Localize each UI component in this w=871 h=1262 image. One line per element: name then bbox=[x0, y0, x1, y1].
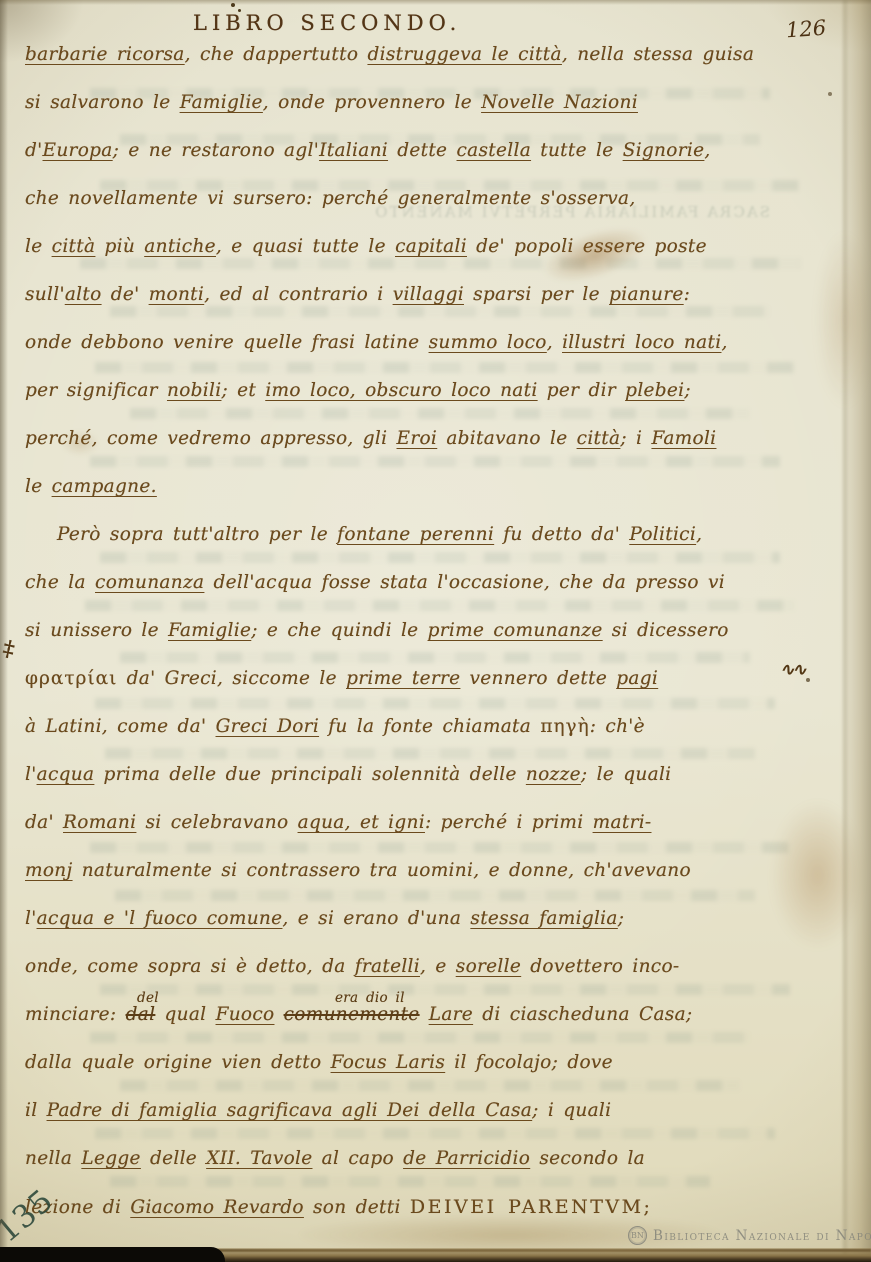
text-segment: fu la fonte chiamata bbox=[319, 716, 540, 737]
text-segment: DEIVEI PARENTVM; bbox=[410, 1196, 653, 1218]
struck-word: dal bbox=[126, 1004, 156, 1025]
page-edge-top bbox=[0, 0, 871, 5]
ink-speck bbox=[828, 92, 832, 96]
text-segment: perché, come vedremo appresso, gli bbox=[25, 428, 397, 449]
text-segment: sparsi per le bbox=[464, 284, 609, 305]
interlinear-insertion: del bbox=[137, 990, 159, 1006]
underlined-word: XII. Tavole bbox=[206, 1148, 312, 1169]
text-segment: si unissero le bbox=[25, 620, 168, 641]
underlined-word: città bbox=[52, 236, 96, 257]
underlined-word: villaggi bbox=[393, 284, 464, 305]
underlined-word: comunanza bbox=[95, 572, 204, 593]
text-segment: , bbox=[547, 332, 562, 353]
underlined-word: città bbox=[577, 428, 621, 449]
manuscript-page: SACRA FAMILIARIA PERPETVI MANENTO LIBRO … bbox=[0, 0, 871, 1262]
text-segment: , e bbox=[420, 956, 456, 977]
underlined-word: Eroi bbox=[397, 428, 438, 449]
underlined-word: Fuoco bbox=[216, 1004, 275, 1025]
text-segment: de' bbox=[102, 284, 149, 305]
underlined-word: Romani bbox=[63, 812, 136, 833]
underlined-word: distruggeva le città bbox=[367, 44, 561, 65]
text-segment: prima delle due principali solennità del… bbox=[94, 764, 526, 785]
manuscript-line: nella Legge delle XII. Tavole al capo de… bbox=[25, 1148, 830, 1196]
underlined-word: Legge bbox=[81, 1148, 140, 1169]
text-segment: , bbox=[721, 332, 727, 353]
text-segment: : ch'è bbox=[590, 716, 645, 737]
text-segment: ; i quali bbox=[532, 1100, 611, 1121]
scan-shadow-corner bbox=[0, 1247, 225, 1262]
underlined-word: stessa famiglia bbox=[470, 908, 617, 929]
manuscript-line: che la comunanza dell'acqua fosse stata … bbox=[25, 572, 830, 620]
text-segment: ; e che quindi le bbox=[251, 620, 427, 641]
text-segment: à Latini, come da' bbox=[25, 716, 216, 737]
text-segment: ; le quali bbox=[581, 764, 671, 785]
underlined-word: Greci Dori bbox=[216, 716, 319, 737]
text-segment bbox=[274, 1004, 283, 1025]
manuscript-line: per significar nobili; et imo loco, obsc… bbox=[25, 380, 830, 428]
text-segment: ; bbox=[684, 380, 691, 401]
underlined-word: Italiani bbox=[319, 140, 388, 161]
manuscript-line: d'Europa; e ne restarono agl'Italiani de… bbox=[25, 140, 830, 188]
text-segment: l' bbox=[25, 908, 37, 929]
underlined-word: capitali bbox=[395, 236, 467, 257]
text-segment: onde debbono venire quelle frasi latine bbox=[25, 332, 429, 353]
text-segment: dell'acqua fosse stata l'occasione, che … bbox=[204, 572, 725, 593]
underlined-word: castella bbox=[457, 140, 532, 161]
text-segment: le bbox=[25, 236, 52, 257]
text-segment: vennero dette bbox=[460, 668, 616, 689]
library-name: Biblioteca Nazionale di Napoli bbox=[653, 1228, 871, 1244]
ink-speck bbox=[806, 678, 810, 682]
underlined-word: Famiglie bbox=[180, 92, 263, 113]
page-title: LIBRO SECONDO. bbox=[193, 11, 461, 35]
underlined-word: imo loco, obscuro loco nati bbox=[265, 380, 537, 401]
text-segment: il bbox=[25, 1100, 47, 1121]
text-segment bbox=[420, 1004, 429, 1025]
manuscript-line: si salvarono le Famiglie, onde provenner… bbox=[25, 92, 830, 140]
underlined-word: fratelli bbox=[355, 956, 420, 977]
underlined-word: prime comunanze bbox=[428, 620, 603, 641]
text-segment: delle bbox=[141, 1148, 206, 1169]
manuscript-line: il Padre di famiglia sagrificava agli De… bbox=[25, 1100, 830, 1148]
text-segment: le bbox=[25, 476, 52, 497]
text-segment: di ciascheduna Casa; bbox=[473, 1004, 692, 1025]
manuscript-line: le città più antiche, e quasi tutte le c… bbox=[25, 236, 830, 284]
underlined-word: Padre di famiglia sagrificava agli bbox=[47, 1100, 387, 1121]
underlined-word: alto bbox=[65, 284, 102, 305]
underlined-word: Politici bbox=[629, 524, 696, 545]
text-segment: che la bbox=[25, 572, 95, 593]
underlined-word: pagi bbox=[616, 668, 658, 689]
text-segment: per significar bbox=[25, 380, 167, 401]
underlined-word: nozze bbox=[526, 764, 581, 785]
text-segment: si celebravano bbox=[136, 812, 297, 833]
text-segment: dovettero inco- bbox=[521, 956, 679, 977]
underlined-word: acqua e 'l fuoco comune bbox=[37, 908, 283, 929]
margin-scribble: ∿∿ bbox=[780, 660, 805, 680]
text-segment: φρατρίαι bbox=[25, 668, 117, 689]
folio-number: 126 bbox=[785, 16, 827, 43]
underlined-word: nobili bbox=[167, 380, 221, 401]
text-segment: onde, come sopra si è detto, da bbox=[25, 956, 355, 977]
manuscript-line: l'acqua e 'l fuoco comune, e si erano d'… bbox=[25, 908, 830, 956]
text-segment: da' Greci, siccome le bbox=[117, 668, 346, 689]
text-segment: : perché i primi bbox=[425, 812, 593, 833]
manuscript-line: da' Romani si celebravano aqua, et igni:… bbox=[25, 812, 830, 860]
library-watermark: BN Biblioteca Nazionale di Napoli bbox=[628, 1226, 871, 1245]
underlined-word: monti bbox=[149, 284, 204, 305]
text-segment: d' bbox=[25, 140, 43, 161]
manuscript-line: le campagne. bbox=[25, 476, 830, 524]
text-segment: ; et bbox=[221, 380, 265, 401]
text-segment: l' bbox=[25, 764, 37, 785]
text-segment: de' popoli essere poste bbox=[467, 236, 707, 257]
text-segment: dalla quale origine vien detto bbox=[25, 1052, 331, 1073]
text-segment: tutte le bbox=[531, 140, 623, 161]
text-segment: Però sopra tutt'altro per le bbox=[57, 524, 337, 545]
text-segment: ; i bbox=[620, 428, 651, 449]
text-segment: si dicessero bbox=[603, 620, 729, 641]
text-segment: al capo bbox=[312, 1148, 403, 1169]
manuscript-line: minciare: dal qual Fuoco comunemente Lar… bbox=[25, 1004, 830, 1052]
underlined-word: aqua, et igni bbox=[298, 812, 425, 833]
manuscript-line: onde debbono venire quelle frasi latine … bbox=[25, 332, 830, 380]
interlinear-insertion: era dio il bbox=[335, 990, 405, 1006]
underlined-word: de Parricidio bbox=[403, 1148, 530, 1169]
page-edge-left bbox=[0, 0, 8, 1262]
text-segment: secondo la bbox=[530, 1148, 645, 1169]
manuscript-line: che novellamente vi sursero: perché gene… bbox=[25, 188, 830, 236]
manuscript-line: Però sopra tutt'altro per le fontane per… bbox=[25, 524, 830, 572]
manuscript-line: perché, come vedremo appresso, gli Eroi … bbox=[25, 428, 830, 476]
underlined-word: prime terre bbox=[346, 668, 460, 689]
text-segment: nella bbox=[25, 1148, 81, 1169]
manuscript-text: barbarie ricorsa, che dappertutto distru… bbox=[25, 44, 830, 1244]
manuscript-line: à Latini, come da' Greci Dori fu la font… bbox=[25, 716, 830, 764]
text-segment: , che dappertutto bbox=[185, 44, 368, 65]
text-segment: naturalmente si contrassero tra uomini, … bbox=[73, 860, 691, 881]
text-segment: πηγὴ bbox=[540, 716, 589, 737]
underlined-word: campagne. bbox=[52, 476, 157, 497]
underlined-word: monj bbox=[25, 860, 73, 881]
text-segment: , bbox=[704, 140, 710, 161]
text-segment: si salvarono le bbox=[25, 92, 180, 113]
text-segment: , nella stessa guisa bbox=[562, 44, 754, 65]
underlined-word: matri- bbox=[593, 812, 652, 833]
manuscript-line: si unissero le Famiglie; e che quindi le… bbox=[25, 620, 830, 668]
underlined-word: sorelle bbox=[456, 956, 521, 977]
manuscript-line: sull'alto de' monti, ed al contrario i v… bbox=[25, 284, 830, 332]
text-segment: abitavano le bbox=[437, 428, 577, 449]
manuscript-line: l'acqua prima delle due principali solen… bbox=[25, 764, 830, 812]
text-segment: , e si erano d'una bbox=[282, 908, 470, 929]
underlined-word: acqua bbox=[37, 764, 95, 785]
library-logo-icon: BN bbox=[628, 1226, 647, 1245]
underlined-word: summo loco bbox=[429, 332, 547, 353]
text-segment: , onde provennero le bbox=[263, 92, 481, 113]
text-segment: dette bbox=[388, 140, 456, 161]
text-segment: che novellamente vi sursero: perché gene… bbox=[25, 188, 636, 209]
underlined-word: Lare bbox=[429, 1004, 473, 1025]
underlined-word: Signorie bbox=[623, 140, 705, 161]
underlined-word: Dei della Casa bbox=[387, 1100, 532, 1121]
underlined-word: pianure bbox=[609, 284, 684, 305]
underlined-word: illustri loco nati bbox=[562, 332, 721, 353]
text-segment: il focolajo; dove bbox=[445, 1052, 613, 1073]
text-segment: qual bbox=[155, 1004, 215, 1025]
underlined-word: Famiglie bbox=[168, 620, 251, 641]
text-segment: : bbox=[684, 284, 691, 305]
text-segment: per dir bbox=[538, 380, 626, 401]
text-segment: son detti bbox=[304, 1197, 410, 1218]
text-segment: ; bbox=[618, 908, 625, 929]
text-segment: , bbox=[696, 524, 702, 545]
underlined-word: fontane perenni bbox=[337, 524, 494, 545]
text-segment: sull' bbox=[25, 284, 65, 305]
text-segment: , ed al contrario i bbox=[204, 284, 393, 305]
underlined-word: Giacomo Revardo bbox=[130, 1197, 303, 1218]
text-segment: fu detto da' bbox=[494, 524, 629, 545]
struck-word: comunemente bbox=[284, 1004, 420, 1025]
underlined-word: Focus Laris bbox=[331, 1052, 445, 1073]
manuscript-line: dalla quale origine vien detto Focus Lar… bbox=[25, 1052, 830, 1100]
underlined-word: Famoli bbox=[651, 428, 716, 449]
text-segment: , e quasi tutte le bbox=[216, 236, 395, 257]
underlined-word: antiche bbox=[144, 236, 216, 257]
text-segment: minciare: bbox=[25, 1004, 126, 1025]
underlined-word: plebei bbox=[625, 380, 684, 401]
manuscript-line: monj naturalmente si contrassero tra uom… bbox=[25, 860, 830, 908]
text-segment: da' bbox=[25, 812, 63, 833]
underlined-word: Novelle Nazioni bbox=[481, 92, 638, 113]
text-segment: ; e ne restarono agl' bbox=[113, 140, 320, 161]
text-segment: più bbox=[95, 236, 144, 257]
manuscript-line: φρατρίαι da' Greci, siccome le prime ter… bbox=[25, 668, 830, 716]
underlined-word: Europa bbox=[43, 140, 113, 161]
ink-speck bbox=[238, 9, 241, 12]
underlined-word: barbarie ricorsa bbox=[25, 44, 185, 65]
page-crease bbox=[843, 0, 847, 1262]
manuscript-line: barbarie ricorsa, che dappertutto distru… bbox=[25, 44, 830, 92]
